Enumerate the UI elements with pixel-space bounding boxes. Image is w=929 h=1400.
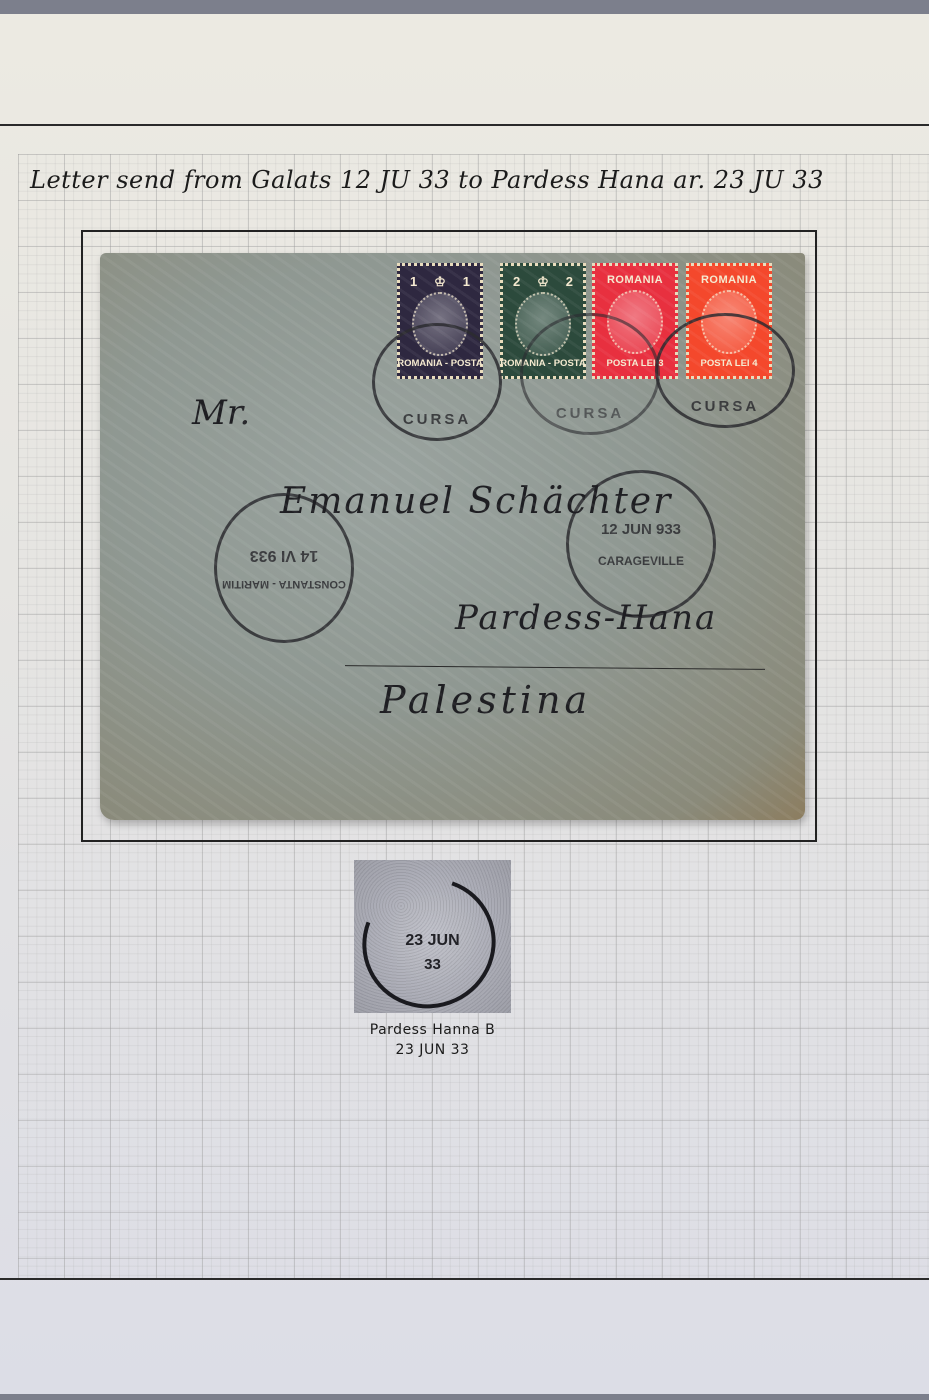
- king-portrait-icon: [515, 292, 571, 356]
- address-salutation: Mr.: [192, 393, 250, 433]
- arrival-postmark-photocopy: 23 JUN 33: [354, 860, 511, 1013]
- page-heading: Letter send from Galats 12 JU 33 to Pard…: [30, 166, 820, 194]
- king-portrait-icon: [412, 292, 468, 356]
- envelope: 1♔1 ROMANIA - POSTA 2♔2 ROMANIA - POSTA …: [100, 253, 805, 820]
- king-portrait-icon: [607, 290, 663, 354]
- stamp-4-lei: ROMANIA POSTA LEI 4: [686, 263, 772, 379]
- postmark-cursa: CURSA: [372, 323, 502, 441]
- postmark-origin: 12 JUN 933 CARAGEVILLE: [566, 470, 716, 618]
- stamp-1-lei: 1♔1 ROMANIA - POSTA: [397, 263, 483, 379]
- postmark-cursa: CURSA: [520, 313, 660, 435]
- address-name: Emanuel Schächter: [280, 481, 672, 522]
- caption-line-1: Pardess Hanna B: [340, 1022, 525, 1038]
- crown-icon: ♔: [537, 274, 549, 290]
- caption-line-2: 23 JUN 33: [340, 1042, 525, 1058]
- postmark-cursa: CURSA: [655, 313, 795, 428]
- address-town: Pardess-Hana: [455, 598, 717, 638]
- stamp-2-lei: 2♔2 ROMANIA - POSTA: [500, 263, 586, 379]
- crown-icon: ♔: [434, 274, 446, 290]
- stamp-3-lei: ROMANIA POSTA LEI 3: [592, 263, 678, 379]
- bottom-rule: [0, 1278, 929, 1280]
- postmark-transit: CONSTANTA - MARITIM 14 VI 933: [214, 493, 354, 643]
- top-rule: [0, 124, 929, 126]
- address-country: Palestina: [380, 678, 591, 722]
- king-portrait-icon: [701, 290, 757, 354]
